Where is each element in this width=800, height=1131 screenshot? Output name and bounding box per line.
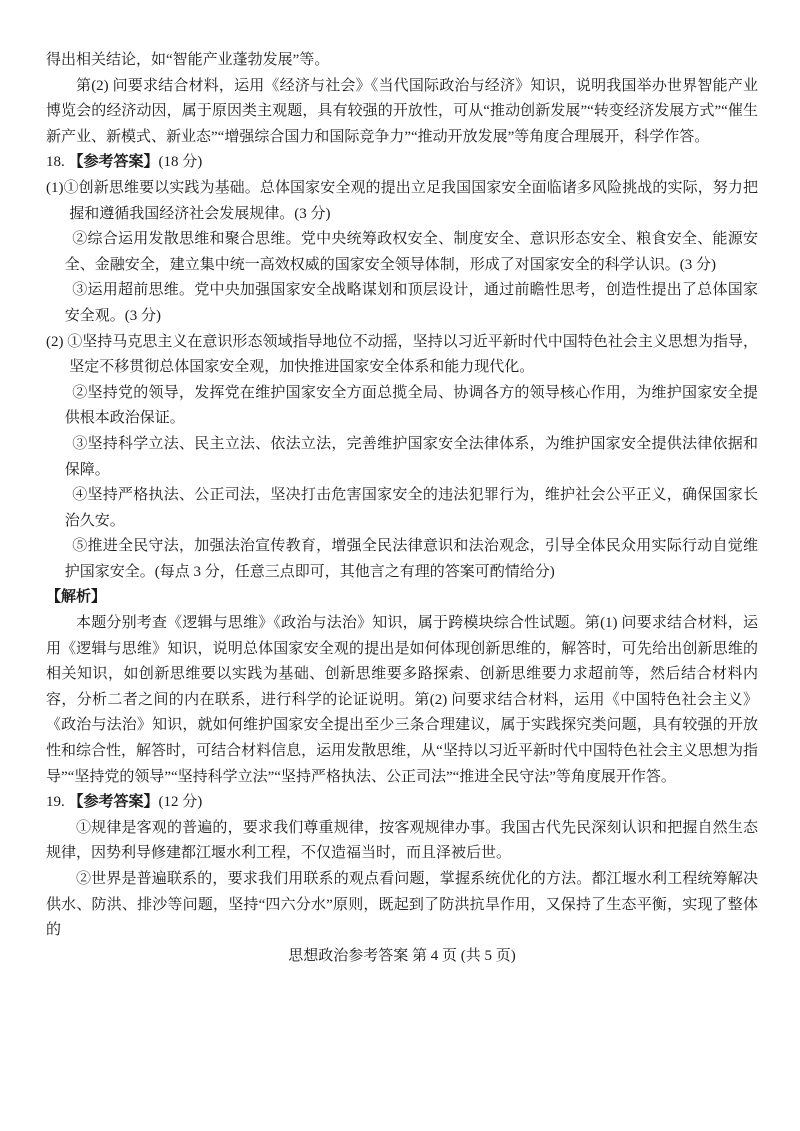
- q19-item-2: ②世界是普遍联系的，要求我们用联系的观点看问题，掌握系统优化的方法。都江堰水利工…: [46, 867, 758, 944]
- q18-score: (18 分): [159, 154, 203, 170]
- q18-part2-item-3: ③坚持科学立法、民主立法、依法立法，完善维护国家安全法律体系，为维护国家安全提供…: [46, 432, 758, 483]
- q18-part2-item-1: (2) ①坚持马克思主义在意识形态领域指导地位不动摇，坚持以习近平新时代中国特色…: [46, 330, 758, 381]
- document-page: 得出相关结论，如“智能产业蓬勃发展”等。 第(2) 问要求结合材料，运用《经济与…: [0, 0, 800, 1131]
- q18-part2-item-5: ⑤推进全民守法，加强法治宣传教育，增强全民法律意识和法治观念，引导全体民众用实际…: [46, 534, 758, 585]
- q19-number: 19.: [46, 794, 65, 810]
- q18-answer-label: 【参考答案】: [69, 154, 159, 170]
- carryover-line: 得出相关结论，如“智能产业蓬勃发展”等。: [46, 48, 758, 74]
- q18-header: 18.【参考答案】(18 分): [46, 150, 758, 176]
- answer-document-content: 得出相关结论，如“智能产业蓬勃发展”等。 第(2) 问要求结合材料，运用《经济与…: [46, 48, 758, 969]
- q19-answer-label: 【参考答案】: [69, 794, 159, 810]
- q18-part1-item-1: (1)①创新思维要以实践为基础。总体国家安全观的提出立足我国国家安全面临诸多风险…: [46, 176, 758, 227]
- q19-score: (12 分): [159, 794, 203, 810]
- q18-part1-item-3: ③运用超前思维。党中央加强国家安全战略谋划和顶层设计，通过前瞻性思考，创造性提出…: [46, 278, 758, 329]
- page-footer: 思想政治参考答案 第 4 页 (共 5 页): [46, 944, 758, 970]
- q18-analysis-label: 【解析】: [46, 585, 758, 611]
- q19-header: 19.【参考答案】(12 分): [46, 790, 758, 816]
- q19-item-1: ①规律是客观的普遍的，要求我们尊重规律，按客观规律办事。我国古代先民深刻认识和把…: [46, 816, 758, 867]
- q18-analysis-text: 本题分别考查《逻辑与思维》《政治与法治》知识，属于跨模块综合性试题。第(1) 问…: [46, 611, 758, 790]
- carryover-paragraph: 第(2) 问要求结合材料，运用《经济与社会》《当代国际政治与经济》知识，说明我国…: [46, 74, 758, 151]
- q18-number: 18.: [46, 154, 65, 170]
- q18-part2-item-4: ④坚持严格执法、公正司法，坚决打击危害国家安全的违法犯罪行为，维护社会公平正义，…: [46, 483, 758, 534]
- q18-part2-item-2: ②坚持党的领导，发挥党在维护国家安全方面总揽全局、协调各方的领导核心作用，为维护…: [46, 381, 758, 432]
- q18-part1-item-2: ②综合运用发散思维和聚合思维。党中央统筹政权安全、制度安全、意识形态安全、粮食安…: [46, 227, 758, 278]
